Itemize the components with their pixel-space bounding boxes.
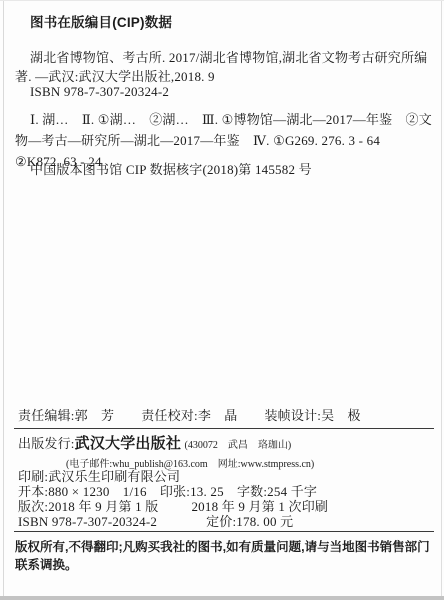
copyright-page: 图书在版编目(CIP)数据 湖北省博物馆、考古所. 2017/湖北省博物馆,湖北… [0,0,444,600]
page-edge-bottom [0,596,444,600]
credit-proofreader-name: 李 晶 [198,408,238,423]
cip-isbn: ISBN 978-7-307-20324-2 [30,82,169,101]
isbn-price-line: ISBN 978-7-307-20324-2定价:178. 00 元 [18,512,293,531]
cip-description: 湖北省博物馆、考古所. 2017/湖北省博物馆,湖北省文物考古研究所编著. —武… [15,48,435,86]
credits-row: 责任编辑:郭 芳 责任校对:李 晶 装帧设计:吴 极 [18,406,428,425]
divider-top [14,428,434,429]
credit-designer: 装帧设计:吴 极 [264,406,360,425]
page-edge-right [441,0,442,600]
book-price: 定价:178. 00 元 [206,514,293,529]
credit-proofreader-label: 责任校对: [141,408,198,423]
copyright-notice: 版权所有,不得翻印;凡购买我社的图书,如有质量问题,请与当地图书销售部门联系调换… [15,538,437,574]
publisher-name: 武汉大学出版社 [75,435,181,452]
publisher-line: 出版发行:武汉大学出版社 (430072 武昌 珞珈山) [18,434,291,455]
divider-bottom [14,531,434,532]
publisher-label: 出版发行: [18,436,75,451]
credit-designer-name: 吴 极 [321,408,361,423]
credit-proofreader: 责任校对:李 晶 [141,406,237,425]
cip-record-number: 中国版本图书馆 CIP 数据核字(2018)第 145582 号 [30,160,312,179]
publisher-address: (430072 武昌 珞珈山) [184,440,291,451]
cip-heading: 图书在版编目(CIP)数据 [30,13,172,32]
book-isbn: ISBN 978-7-307-20324-2 [18,514,157,529]
credit-editor: 责任编辑:郭 芳 [18,406,114,425]
credit-editor-name: 郭 芳 [75,408,115,423]
page-edge-top [0,0,444,1]
page-edge-left [3,0,4,600]
credit-designer-label: 装帧设计: [264,408,321,423]
credit-editor-label: 责任编辑: [18,408,75,423]
